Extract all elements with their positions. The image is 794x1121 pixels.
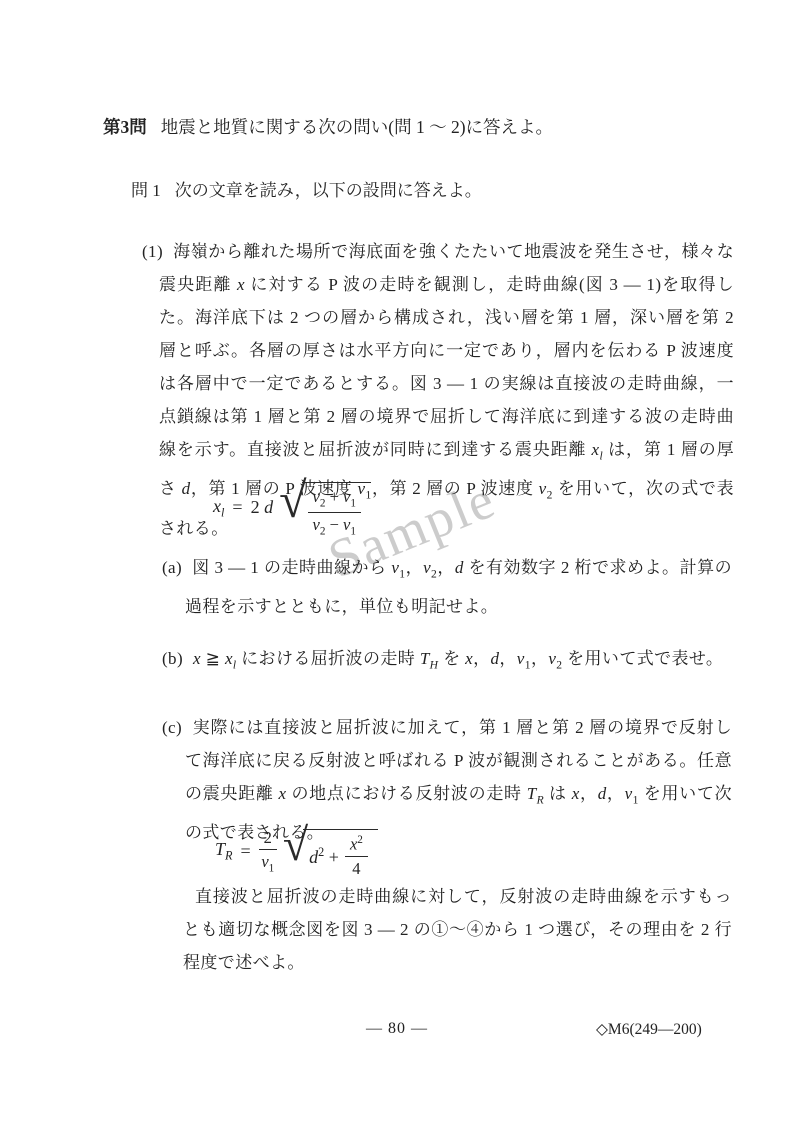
- closing-paragraph: 直接波と屈折波の走時曲線に対して，反射波の走時曲線を示すもっとも適切な概念図を図…: [183, 880, 732, 979]
- item-a-label: (a): [162, 558, 182, 577]
- formula-xl: xl = 2 d √ v2 + v1 v2 − v1: [213, 477, 371, 539]
- formula-xl-coefficient: 2 d: [251, 497, 274, 518]
- inner-fraction-denominator: 4: [352, 857, 360, 879]
- equals-sign: =: [232, 497, 242, 518]
- item-b-label: (b): [162, 649, 183, 668]
- item-a: (a)図 3 — 1 の走時曲線から v1，v2，d を有効数字 2 桁で求めよ…: [162, 551, 732, 623]
- radicand: d2 + x2 4: [303, 829, 378, 879]
- radicand: v2 + v1 v2 − v1: [302, 482, 371, 539]
- front-fraction-numerator: 2: [259, 827, 277, 850]
- sub-question-lead: 次の文章を読み，以下の設問に答えよ。: [175, 181, 482, 200]
- fraction-denominator: v2 − v1: [313, 513, 356, 539]
- sub-question-number: 問 1: [131, 181, 161, 200]
- front-fraction: 2 v1: [259, 827, 277, 876]
- item-a-body: 図 3 — 1 の走時曲線から v1，v2，d を有効数字 2 桁で求めよ。計算…: [185, 558, 732, 616]
- radical: √ v2 + v1 v2 − v1: [279, 477, 371, 539]
- equals-sign: =: [241, 841, 251, 862]
- formula-xl-lhs: xl: [213, 496, 224, 521]
- fraction-numerator: v2 + v1: [308, 486, 361, 513]
- radical: √ d2 + x2 4: [283, 824, 378, 879]
- item-b-body: x ≧ xl における屈折波の走時 TH を x，d，v1，v2 を用いて式で表…: [193, 649, 723, 668]
- radicand-term: d2 +: [309, 845, 339, 868]
- front-fraction-denominator: v1: [261, 850, 274, 876]
- question-lead: 地震と地質に関する次の問い(問 1 ～ 2)に答えよ。: [161, 117, 553, 137]
- formula-tr-lhs: TR: [215, 839, 233, 864]
- fraction: v2 + v1 v2 − v1: [308, 486, 361, 539]
- formula-tr: TR = 2 v1 √ d2 + x2 4: [215, 824, 378, 879]
- item-b: (b)x ≧ xl における屈折波の走時 TH を x，d，v1，v2 を用いて…: [162, 642, 732, 681]
- sub-question-1-header: 問 1次の文章を読み，以下の設問に答えよ。: [131, 176, 482, 201]
- part-1-label: (1): [142, 242, 163, 261]
- inner-fraction: x2 4: [345, 833, 368, 879]
- inner-fraction-numerator: x2: [345, 833, 368, 857]
- item-c-label: (c): [162, 718, 182, 737]
- question-3-header: 第3問地震と地質に関する次の問い(問 1 ～ 2)に答えよ。: [103, 114, 553, 139]
- question-number: 第3問: [103, 117, 147, 137]
- doc-code: ◇M6(249—200): [596, 1020, 702, 1039]
